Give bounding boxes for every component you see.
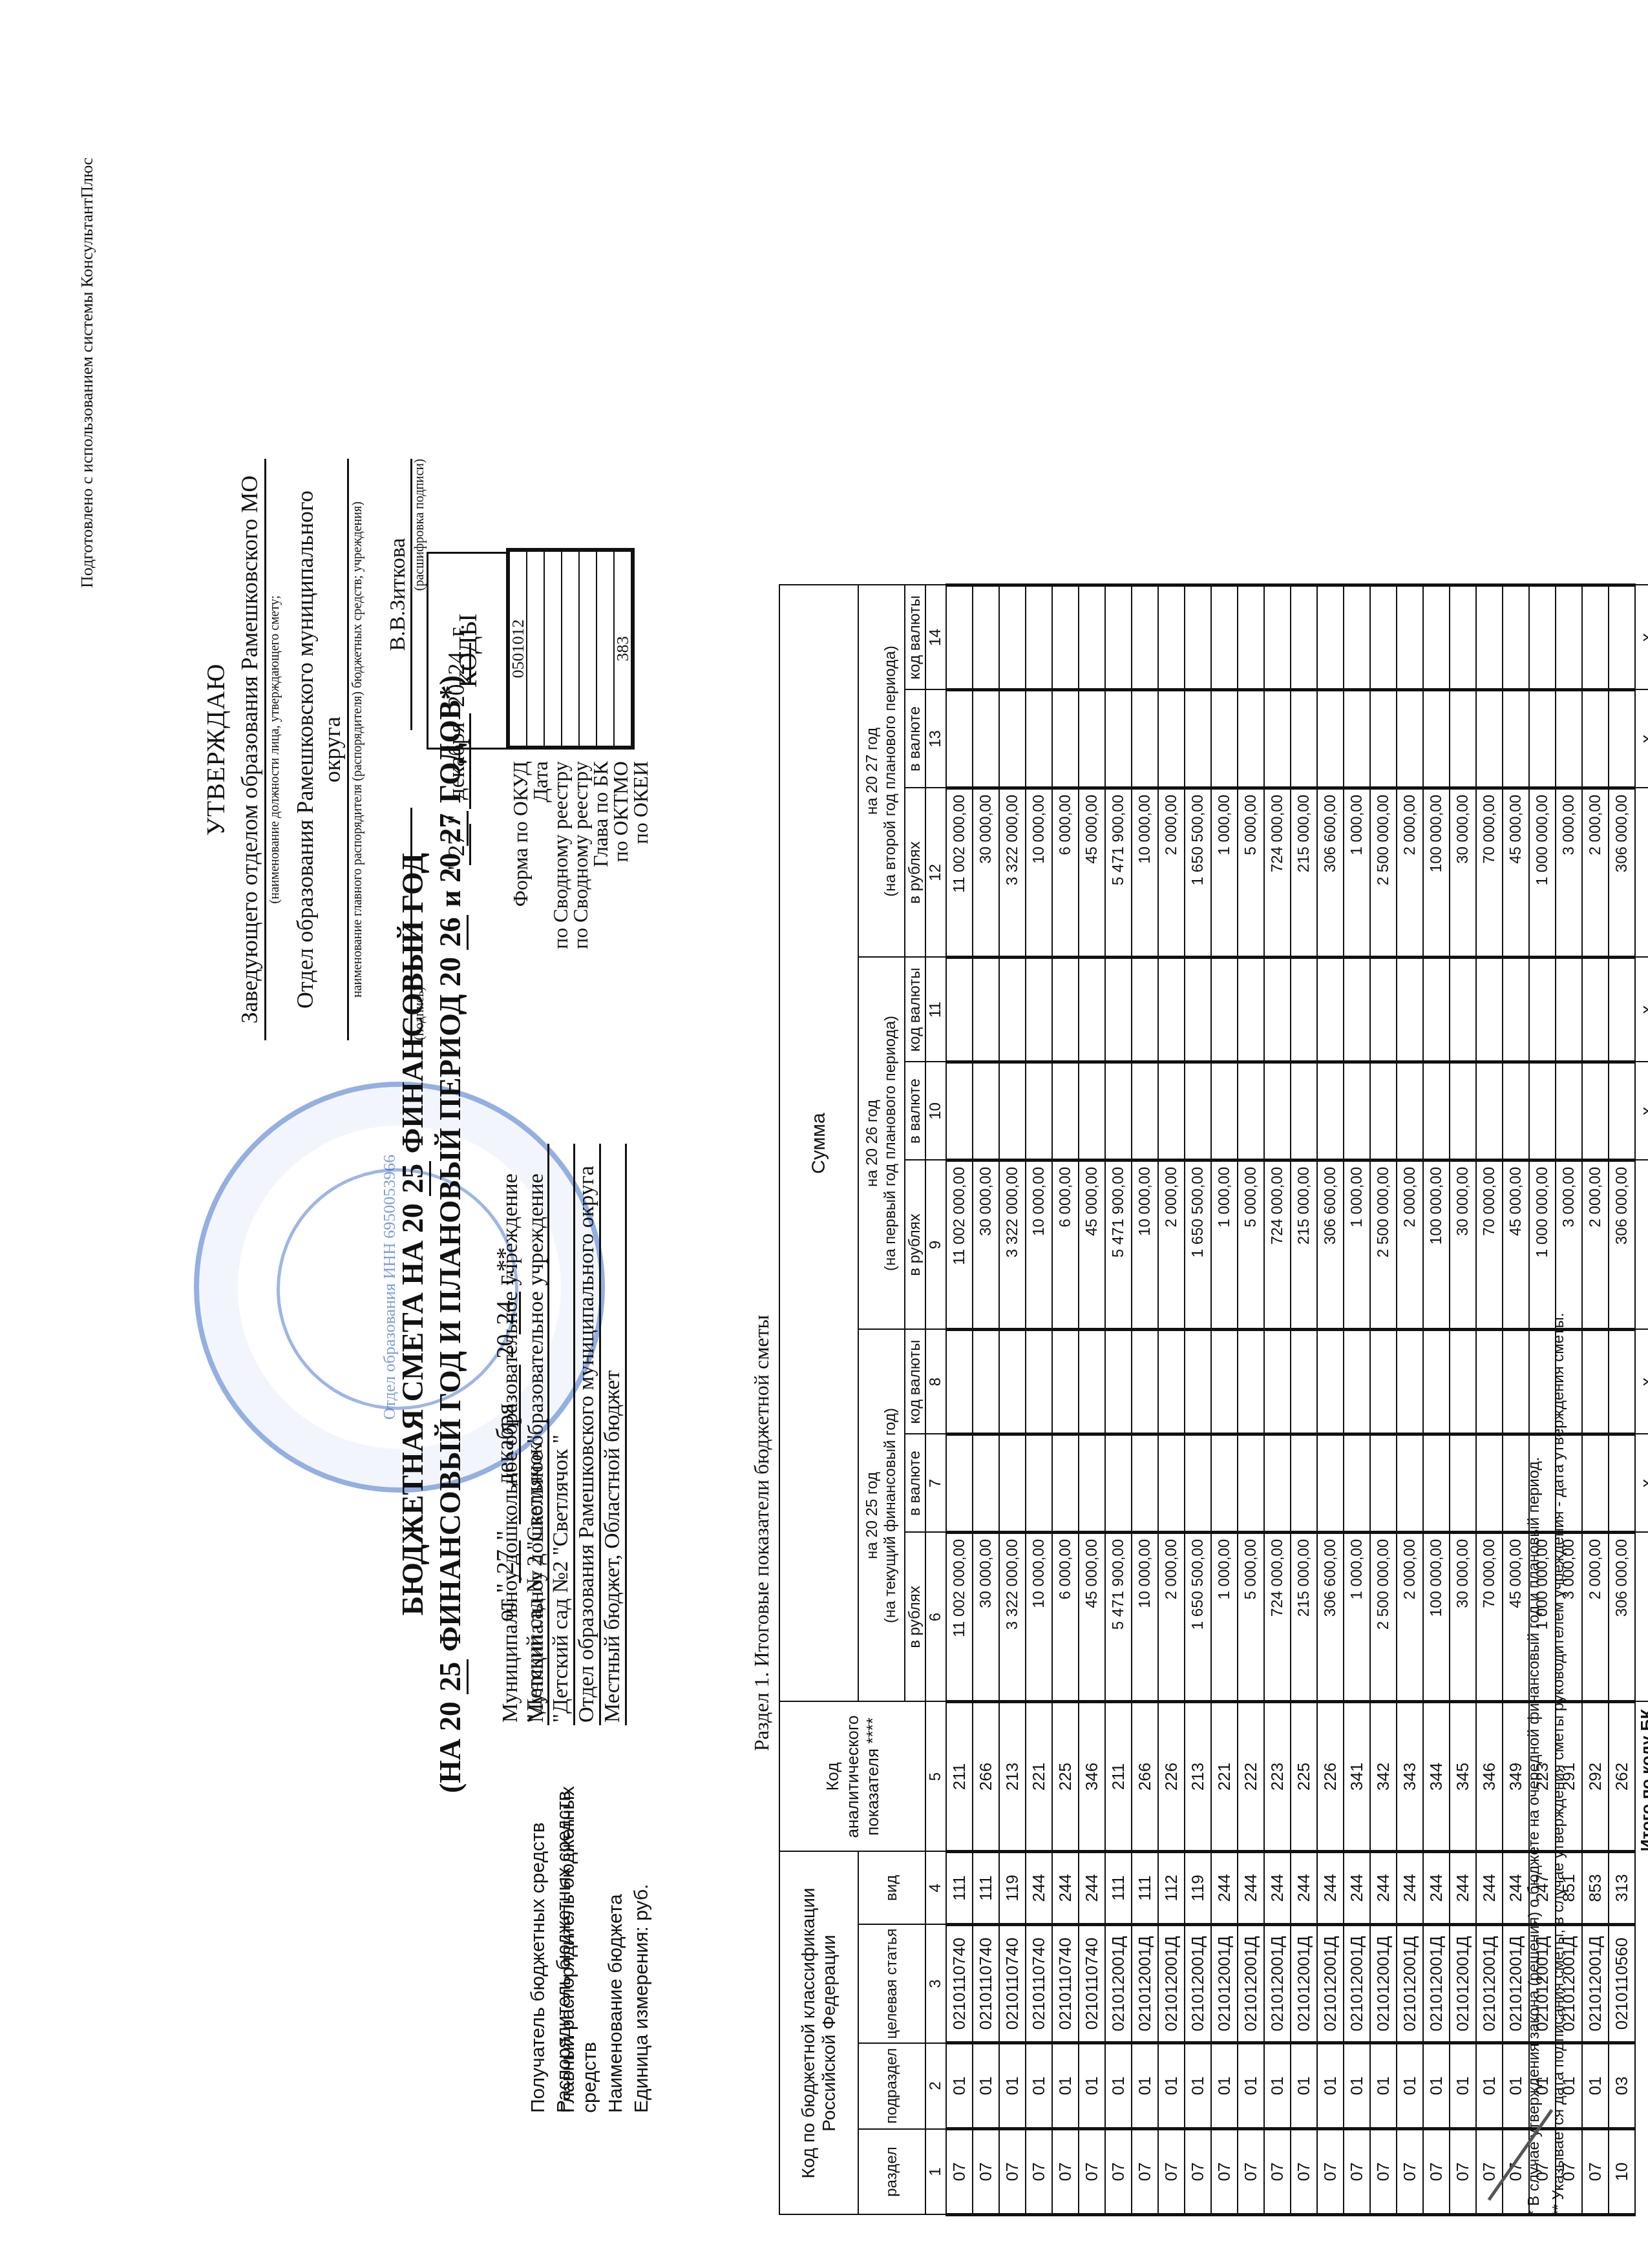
cell-y2: 5 471 900,00 [1105, 1160, 1132, 1330]
budget-info: Получатель бюджетных средствМуниципально… [523, 1144, 653, 2113]
cell-kosgu: 346 [1079, 1702, 1105, 1852]
cell-y3: 11 002 000,00 [946, 788, 973, 958]
cell-empty [946, 958, 973, 1062]
table-row: 0701021012001Д2442211 000,001 000,001 00… [1211, 585, 1238, 2215]
cell-y1: 306 600,00 [1317, 1533, 1344, 1702]
column-number: 9 [925, 1160, 946, 1330]
code-value [597, 552, 615, 746]
cell-y1: 2 500 000,00 [1370, 1533, 1397, 1702]
cell-kosgu: 221 [1026, 1702, 1052, 1852]
cell-empty [1079, 1330, 1105, 1434]
cell-empty [1132, 958, 1158, 1062]
column-number: 11 [925, 958, 946, 1062]
column-number: 8 [925, 1330, 946, 1434]
cell-y3: 10 000,00 [1132, 788, 1158, 958]
header-subcol: вид [858, 1852, 925, 1925]
header-year-1: на 20 25 год(на текущий финансовый год) [858, 1330, 905, 1702]
cell-y2: 215 000,00 [1291, 1160, 1317, 1330]
cell-empty [1238, 1434, 1264, 1533]
code-value [562, 552, 580, 746]
cell-empty [1211, 585, 1238, 690]
cell-empty [999, 585, 1026, 690]
cell-vid: 112 [1158, 1852, 1185, 1925]
cell-y3: 215 000,00 [1291, 788, 1317, 958]
table-row: 070102101107401192133 322 000,003 322 00… [999, 585, 1026, 2215]
cell-empty [1158, 958, 1185, 1062]
cell-empty [1052, 958, 1079, 1062]
header-year-sub: (на текущий финансовый год) [882, 1330, 900, 1701]
cell-y2: 5 000,00 [1238, 1160, 1264, 1330]
cell-y2: 1 000,00 [1344, 1160, 1370, 1330]
title-year-4: 27 [434, 811, 469, 846]
cell-empty [1185, 585, 1211, 690]
footnote-2: ** Указывается дата подписания сметы, в … [1550, 1313, 1568, 2216]
cell-empty [1450, 1062, 1476, 1160]
cell-y1: 2 000,00 [1582, 1533, 1609, 1702]
cell-y1: 3 322 000,00 [999, 1533, 1026, 1702]
cell-empty [1291, 585, 1317, 690]
cell-empty [1079, 1062, 1105, 1160]
header-money-col: код валюты [905, 1330, 925, 1434]
cell-empty [1132, 1330, 1158, 1434]
cell-empty [1423, 1062, 1450, 1160]
cell-empty [1609, 1330, 1635, 1434]
cell-empty [1132, 1434, 1158, 1533]
cell-empty [1423, 1434, 1450, 1533]
header-money-col: в валюте [905, 1062, 925, 1160]
cell-empty [999, 1062, 1026, 1160]
cell-kosgu: 292 [1582, 1702, 1609, 1852]
cell-empty [1158, 585, 1185, 690]
approver-position-hint: (наименование должности лица, утверждающ… [268, 459, 282, 1040]
column-number: 7 [925, 1434, 946, 1533]
code-label: по Сводному реестру [571, 761, 591, 949]
cell-empty [999, 690, 1026, 788]
column-number: 2 [925, 2043, 946, 2129]
cell-empty [999, 1434, 1026, 1533]
column-number: 13 [925, 690, 946, 788]
cell-y1: 215 000,00 [1291, 1533, 1317, 1702]
cell-empty [946, 585, 973, 690]
table-row: 0701021012001Д8532922 000,002 000,002 00… [1582, 585, 1609, 2215]
cell-empty [1026, 690, 1052, 788]
cell-y2: 306 000,00 [1609, 1160, 1635, 1330]
cell-empty [1105, 958, 1132, 1062]
cell-empty [1238, 958, 1264, 1062]
cell-empty [1291, 1434, 1317, 1533]
cell-empty [1476, 1062, 1503, 1160]
info-label: Единица измерения: руб. [631, 1725, 653, 2113]
cell-kosgu: 266 [1132, 1702, 1158, 1852]
rotated-document-page: Подготовлено с использованием системы Ко… [0, 0, 1648, 2268]
cell-kosgu: 225 [1291, 1702, 1317, 1852]
cell-y3: 30 000,00 [1450, 788, 1476, 958]
cell-y2: 3 322 000,00 [999, 1160, 1026, 1330]
cell-empty [1185, 1062, 1211, 1160]
code-value [545, 552, 562, 746]
subtotal-y2 [1635, 1160, 1648, 1330]
cell-empty [1052, 585, 1079, 690]
cell-podrazdel: 03 [1609, 2043, 1635, 2129]
cell-empty [1476, 690, 1503, 788]
cell-cs: 021012001Д [1476, 1924, 1503, 2042]
cell-kosgu: 343 [1397, 1702, 1423, 1852]
cell-razdel: 07 [1397, 2129, 1423, 2215]
cell-empty [1344, 690, 1370, 788]
header-money-col: в рублях [905, 1533, 925, 1702]
cell-y2: 11 002 000,00 [946, 1160, 973, 1330]
cell-kosgu: 262 [1609, 1702, 1635, 1852]
cell-empty [946, 1062, 973, 1160]
budget-table: Код по бюджетной классификации Российско… [779, 583, 1648, 2216]
cell-y1: 2 000,00 [1397, 1533, 1423, 1702]
cell-empty [1185, 958, 1211, 1062]
cell-empty [1238, 1330, 1264, 1434]
table-row: 0701021011074024422110 000,0010 000,0010… [1026, 585, 1052, 2215]
cell-razdel: 07 [1158, 2129, 1185, 2215]
column-number: 14 [925, 585, 946, 690]
header-money-col: код валюты [905, 958, 925, 1062]
column-number: 4 [925, 1852, 946, 1925]
cell-kosgu: 266 [973, 1702, 999, 1852]
table-row: 0701021012001Д1112115 471 900,005 471 90… [1105, 585, 1132, 2215]
cell-empty [1132, 585, 1158, 690]
cell-y3: 45 000,00 [1079, 788, 1105, 958]
cell-y3: 2 500 000,00 [1370, 788, 1397, 958]
header-year-sub: (на первый год планового периода) [882, 958, 900, 1329]
cell-y1: 5 000,00 [1238, 1533, 1264, 1702]
cell-podrazdel: 01 [1026, 2043, 1052, 2129]
cell-empty [1158, 690, 1185, 788]
cell-empty [1370, 1434, 1397, 1533]
cell-empty [1609, 585, 1635, 690]
cell-y3: 3 000,00 [1556, 788, 1582, 958]
consultant-plus-note: Подготовлено с использованием системы Ко… [78, 158, 97, 588]
cell-y1: 724 000,00 [1264, 1533, 1291, 1702]
header-year-label: на 20 25 год [863, 1330, 882, 1701]
cell-vid: 111 [1132, 1852, 1158, 1925]
cell-y3: 1 650 500,00 [1185, 788, 1211, 958]
cell-razdel: 07 [1291, 2129, 1317, 2215]
cell-empty [1609, 1062, 1635, 1160]
cell-empty [1423, 958, 1450, 1062]
cell-y1: 306 000,00 [1609, 1533, 1635, 1702]
cell-vid: 244 [1450, 1852, 1476, 1925]
cell-y3: 306 000,00 [1609, 788, 1635, 958]
header-analytic: Код аналитического показателя **** [779, 1702, 925, 1852]
table-row: 0701021012001Д244225215 000,00215 000,00… [1291, 585, 1317, 2215]
cell-podrazdel: 01 [1344, 2043, 1370, 2129]
subtotal-y3 [1635, 788, 1648, 958]
cell-empty [1211, 958, 1238, 1062]
cell-empty [1476, 1330, 1503, 1434]
cell-vid: 244 [1344, 1852, 1370, 1925]
cell-empty [1556, 1062, 1582, 1160]
cell-empty [1132, 690, 1158, 788]
cell-razdel: 07 [1132, 2129, 1158, 2215]
cell-kosgu: 345 [1450, 1702, 1476, 1852]
cell-cs: 021012001Д [1291, 1924, 1317, 2042]
cell-podrazdel: 01 [1476, 2043, 1503, 2129]
info-row: Главный распорядитель бюджетных средствО… [575, 1144, 601, 2113]
cell-empty [1079, 958, 1105, 1062]
cell-empty [1450, 1434, 1476, 1533]
cell-empty [1397, 1434, 1423, 1533]
code-label: по ОКТМО [611, 761, 631, 949]
cell-cs: 0210110740 [946, 1924, 973, 2042]
cell-podrazdel: 01 [1132, 2043, 1158, 2129]
approver-organization-hint: наименование главного распорядителя (рас… [350, 459, 365, 1040]
cell-kosgu: 223 [1264, 1702, 1291, 1852]
cell-cs: 021012001Д [1185, 1924, 1211, 2042]
cell-empty [1609, 958, 1635, 1062]
table-row: 070102101107402442256 000,006 000,006 00… [1052, 585, 1079, 2215]
code-value: 383 [615, 552, 631, 746]
cell-y2: 100 000,00 [1423, 1160, 1450, 1330]
subtotal-x: x [1635, 1062, 1648, 1160]
cell-y3: 2 000,00 [1582, 788, 1609, 958]
cell-empty [973, 1330, 999, 1434]
cell-y2: 1 650 500,00 [1185, 1160, 1211, 1330]
title-pre: БЮДЖЕТНАЯ СМЕТА НА 20 [396, 1203, 429, 1615]
cell-empty [1582, 1062, 1609, 1160]
cell-kosgu: 342 [1370, 1702, 1397, 1852]
cell-razdel: 07 [1105, 2129, 1132, 2215]
cell-empty [1397, 585, 1423, 690]
cell-empty [1105, 1330, 1132, 1434]
cell-podrazdel: 01 [1450, 2043, 1476, 2129]
codes-labels: Форма по ОКУДДатапо Сводному рееструпо С… [511, 761, 651, 949]
cell-y3: 70 000,00 [1476, 788, 1503, 958]
footnotes: * В случае утверждения закона (решения) … [1525, 1313, 1568, 2216]
cell-empty [1026, 958, 1052, 1062]
cell-empty [1609, 690, 1635, 788]
info-label: Получатель бюджетных средств [527, 1725, 549, 2113]
cell-kosgu: 211 [1105, 1702, 1132, 1852]
cell-empty [1105, 690, 1132, 788]
cell-empty [1026, 585, 1052, 690]
cell-podrazdel: 01 [999, 2043, 1026, 2129]
title-line-2: (НА 20 25 ФИНАНСОВЫЙ ГОД И ПЛАНОВЫЙ ПЕРИ… [432, 620, 469, 1848]
cell-vid: 119 [1185, 1852, 1211, 1925]
cell-vid: 244 [1423, 1852, 1450, 1925]
cell-empty [1582, 1330, 1609, 1434]
cell-empty [1026, 1062, 1052, 1160]
table-row: 0701021012001Д2443411 000,001 000,001 00… [1344, 585, 1370, 2215]
cell-kosgu: 225 [1052, 1702, 1079, 1852]
title-year-2: 25 [434, 1659, 469, 1694]
table-row: 0701021011074011126630 000,0030 000,0030… [973, 585, 999, 2215]
cell-cs: 021012001Д [1238, 1924, 1264, 2042]
cell-vid: 244 [1264, 1852, 1291, 1925]
cell-vid: 244 [1476, 1852, 1503, 1925]
cell-cs: 021012001Д [1105, 1924, 1132, 2042]
table-row: 0701021011074024434645 000,0045 000,0045… [1079, 585, 1105, 2215]
cell-empty [973, 1434, 999, 1533]
cell-y3: 5 471 900,00 [1105, 788, 1132, 958]
cell-vid: 244 [1079, 1852, 1105, 1925]
cell-empty [1423, 585, 1450, 690]
title-year-3: 26 [434, 915, 469, 950]
cell-empty [1211, 1062, 1238, 1160]
cell-kosgu: 211 [946, 1702, 973, 1852]
cell-podrazdel: 01 [1397, 2043, 1423, 2129]
cell-razdel: 07 [1582, 2129, 1609, 2215]
cell-empty [973, 1062, 999, 1160]
cell-vid: 244 [1052, 1852, 1079, 1925]
cell-empty [1264, 1434, 1291, 1533]
cell-y3: 30 000,00 [973, 788, 999, 958]
header-subcol: целевая статья [858, 1924, 925, 2042]
cell-empty [973, 690, 999, 788]
column-number: 6 [925, 1533, 946, 1702]
subtotal-label: Итого по коду БК [1635, 1702, 1648, 2215]
cell-vid: 119 [999, 1852, 1026, 1925]
code-label: по ОКЕИ [631, 761, 651, 949]
subtotal-x: x [1635, 958, 1648, 1062]
info-value: Отдел образования Рамешковского муниципа… [575, 1144, 601, 1725]
cell-cs: 021012001Д [1450, 1924, 1476, 2042]
header-year-label: на 20 27 год [863, 586, 882, 957]
cell-podrazdel: 01 [1185, 2043, 1211, 2129]
subtotal-y1 [1635, 1533, 1648, 1702]
cell-razdel: 07 [999, 2129, 1026, 2215]
cell-empty [1291, 690, 1317, 788]
cell-empty [1582, 690, 1609, 788]
table-row: 0701021011074011121111 002 000,0011 002 … [946, 585, 973, 2215]
cell-y1: 2 000,00 [1158, 1533, 1185, 1702]
cell-vid: 313 [1609, 1852, 1635, 1925]
cell-y1: 100 000,00 [1423, 1533, 1450, 1702]
cell-empty [1450, 690, 1476, 788]
info-row: Единица измерения: руб. [627, 1144, 653, 2113]
cell-y2: 45 000,00 [1503, 1160, 1529, 1330]
cell-y3: 45 000,00 [1503, 788, 1529, 958]
cell-empty [1397, 690, 1423, 788]
cell-y3: 3 322 000,00 [999, 788, 1026, 958]
title2-mid: ФИНАНСОВЫЙ ГОД И ПЛАНОВЫЙ ПЕРИОД 20 [434, 957, 467, 1652]
cell-podrazdel: 01 [1423, 2043, 1450, 2129]
cell-y3: 5 000,00 [1238, 788, 1264, 958]
cell-y1: 1 000,00 [1211, 1533, 1238, 1702]
cell-empty [1423, 1330, 1450, 1434]
cell-y2: 2 000,00 [1397, 1160, 1423, 1330]
cell-y1: 1 650 500,00 [1185, 1533, 1211, 1702]
cell-kosgu: 221 [1211, 1702, 1238, 1852]
cell-empty [1238, 690, 1264, 788]
cell-empty [1185, 690, 1211, 788]
subtotal-row: Итого по коду БК x x x x x x [1635, 585, 1648, 2215]
cell-razdel: 07 [1185, 2129, 1211, 2215]
cell-y1: 10 000,00 [1132, 1533, 1158, 1702]
cell-y3: 100 000,00 [1423, 788, 1450, 958]
cell-vid: 111 [1105, 1852, 1132, 1925]
cell-y3: 306 600,00 [1317, 788, 1344, 958]
cell-cs: 0210110740 [1026, 1924, 1052, 2042]
cell-empty [1503, 585, 1529, 690]
cell-y1: 70 000,00 [1476, 1533, 1503, 1702]
table-row: 0701021012001Д2443422 500 000,002 500 00… [1370, 585, 1397, 2215]
cell-cs: 021012001Д [1397, 1924, 1423, 2042]
cell-empty [1185, 1434, 1211, 1533]
title-year-1: 25 [396, 1161, 431, 1196]
cell-empty [1344, 958, 1370, 1062]
cell-empty [1105, 585, 1132, 690]
header-bk: Код по бюджетной классификации Российско… [779, 1852, 858, 2215]
cell-empty [1079, 690, 1105, 788]
cell-kosgu: 226 [1158, 1702, 1185, 1852]
cell-y1: 5 471 900,00 [1105, 1533, 1132, 1702]
cell-empty [1211, 1330, 1238, 1434]
cell-y3: 1 000 000,00 [1529, 788, 1556, 958]
header-year-2: на 20 26 год(на первый год планового пер… [858, 958, 905, 1330]
cell-y2: 30 000,00 [973, 1160, 999, 1330]
approver-organization: Отдел образования Рамешковского муниципа… [291, 459, 349, 1040]
header-money-col: в валюте [905, 690, 925, 788]
info-row: Наименование бюджетаМестный бюджет, Обла… [601, 1144, 627, 2113]
code-label: Глава по БК [591, 761, 611, 949]
cell-razdel: 07 [1423, 2129, 1450, 2215]
cell-y1: 6 000,00 [1052, 1533, 1079, 1702]
cell-cs: 021012001Д [1370, 1924, 1397, 2042]
cell-empty [1370, 958, 1397, 1062]
cell-cs: 0210110740 [999, 1924, 1026, 2042]
header-sum: Сумма [779, 585, 858, 1702]
cell-vid: 244 [1397, 1852, 1423, 1925]
header-money-col: в валюте [905, 1434, 925, 1533]
signer-hint: (расшифровка подписи) [412, 459, 427, 591]
cell-podrazdel: 01 [1582, 2043, 1609, 2129]
cell-y1: 30 000,00 [1450, 1533, 1476, 1702]
cell-kosgu: 341 [1344, 1702, 1370, 1852]
cell-kosgu: 213 [1185, 1702, 1211, 1852]
cell-empty [1317, 585, 1344, 690]
cell-empty [946, 690, 973, 788]
code-value: 0501012 [510, 552, 527, 746]
cell-empty [1264, 1330, 1291, 1434]
table-row: 0701021012001Д244344100 000,00100 000,00… [1423, 585, 1450, 2215]
cell-y2: 70 000,00 [1476, 1160, 1503, 1330]
cell-empty [1556, 958, 1582, 1062]
cell-podrazdel: 01 [1317, 2043, 1344, 2129]
cell-empty [1582, 585, 1609, 690]
cell-y2: 3 000,00 [1556, 1160, 1582, 1330]
cell-podrazdel: 01 [1052, 2043, 1079, 2129]
subtotal-x: x [1635, 585, 1648, 690]
cell-kosgu: 344 [1423, 1702, 1450, 1852]
cell-empty [1582, 958, 1609, 1062]
cell-vid: 244 [1238, 1852, 1264, 1925]
cell-podrazdel: 01 [1079, 2043, 1105, 2129]
cell-y2: 1 000,00 [1211, 1160, 1238, 1330]
cell-razdel: 07 [1026, 2129, 1052, 2215]
section-1-title: Раздел 1. Итоговые показатели бюджетной … [750, 1315, 774, 1751]
table-row: 0701021012001Д11126610 000,0010 000,0010… [1132, 585, 1158, 2215]
cell-razdel: 07 [1211, 2129, 1238, 2215]
table-row: 0701021012001Д1192131 650 500,001 650 50… [1185, 585, 1211, 2215]
cell-razdel: 07 [946, 2129, 973, 2215]
approval-title: УТВЕРЖДАЮ [200, 459, 231, 1040]
cell-empty [1370, 585, 1397, 690]
header-year-3: на 20 27 год(на второй год планового пер… [858, 585, 905, 958]
header-year-sub: (на второй год планового периода) [882, 586, 900, 957]
budget-table-wrap: Код по бюджетной классификации Российско… [779, 583, 1648, 2216]
codes-box: 0501012383 [506, 548, 635, 750]
cell-empty [1317, 1330, 1344, 1434]
title-line-1: БЮДЖЕТНАЯ СМЕТА НА 20 25 ФИНАНСОВЫЙ ГОД [394, 620, 432, 1848]
cell-empty [1344, 1330, 1370, 1434]
cell-empty [1344, 585, 1370, 690]
